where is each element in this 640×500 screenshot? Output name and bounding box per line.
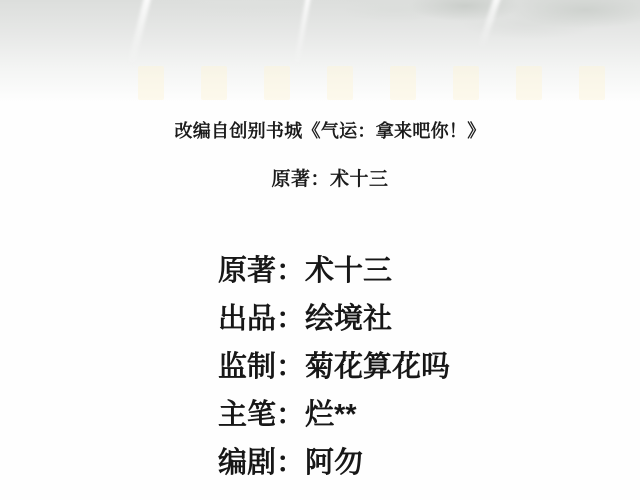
credit-role-label: 原著：	[218, 255, 305, 287]
watermark-square	[516, 66, 542, 100]
credit-row-screenwriter: 编剧：阿勿	[218, 439, 450, 487]
watermark-square	[579, 66, 605, 100]
watermark-square	[453, 66, 479, 100]
credit-name-value: 烂**	[305, 399, 357, 431]
credits-list: 原著：术十三 出品：绘境社 监制：菊花算花吗 主笔：烂** 编剧：阿勿	[218, 247, 450, 487]
adaptation-source-line: 改编自创别书城《气运：拿来吧你！》	[20, 117, 640, 143]
comic-credits-page: 改编自创别书城《气运：拿来吧你！》 原著：术十三 原著：术十三 出品：绘境社 监…	[0, 0, 640, 500]
credit-name-value: 术十三	[305, 255, 392, 287]
light-streak	[127, 0, 151, 66]
watermark-square	[264, 66, 290, 100]
credit-role-label: 监制：	[218, 351, 305, 383]
watermark-square	[138, 66, 164, 100]
original-author-subtitle: 原著：术十三	[20, 164, 640, 191]
watermark-square	[327, 66, 353, 100]
credit-name-value: 阿勿	[305, 447, 363, 479]
credit-role-label: 编剧：	[218, 447, 305, 479]
credit-row-original-author: 原著：术十三	[218, 247, 450, 295]
watermark-square	[390, 66, 416, 100]
credit-row-lead-artist: 主笔：烂**	[218, 391, 450, 439]
credit-name-value: 菊花算花吗	[305, 351, 450, 383]
light-streak	[478, 0, 502, 49]
credit-name-value: 绘境社	[305, 303, 392, 335]
watermark-square	[201, 66, 227, 100]
credit-role-label: 出品：	[218, 303, 305, 335]
light-streak	[294, 0, 311, 66]
credit-role-label: 主笔：	[218, 399, 305, 431]
credit-row-producer: 出品：绘境社	[218, 295, 450, 343]
credit-row-supervisor: 监制：菊花算花吗	[218, 343, 450, 391]
watermark-row	[138, 66, 605, 100]
